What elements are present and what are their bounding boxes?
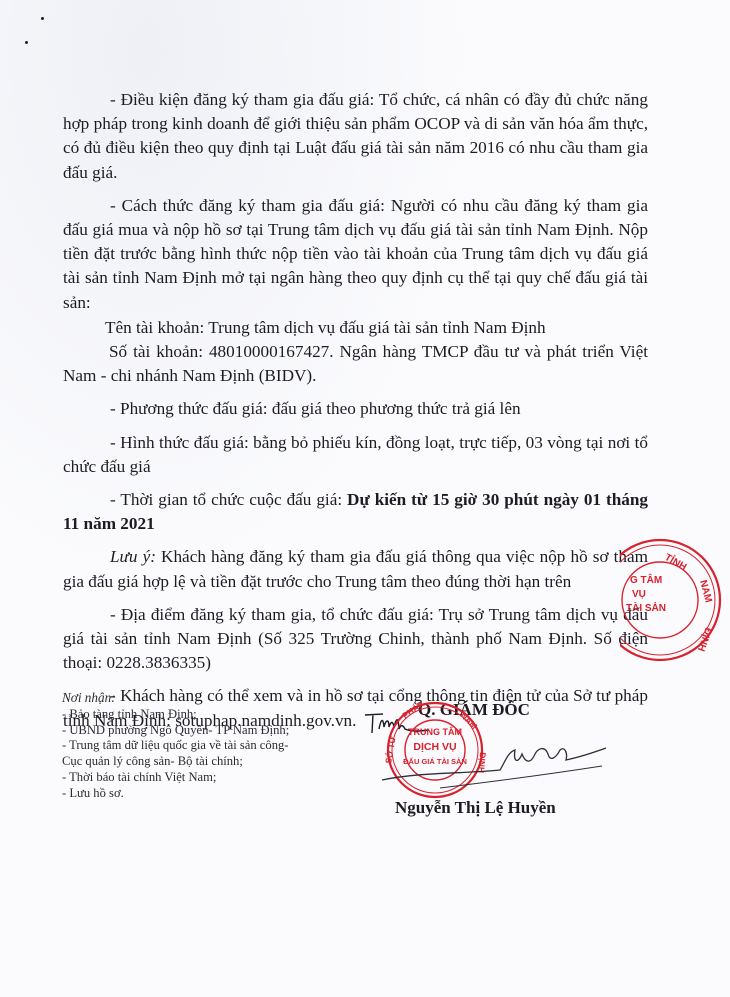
svg-text:PHÁP: PHÁP [400,702,425,721]
paragraph-form: - Hình thức đấu giá: bằng bỏ phiếu kín, … [63,431,648,479]
recipient-item: - Lưu hồ sơ. [62,786,289,802]
signer-name: Nguyễn Thị Lệ Huyền [395,798,556,818]
round-stamp-icon: SỞ TƯ PHÁP NAM ĐỊNH TRUNG TÂM DỊCH VỤ ĐẤ… [380,702,610,802]
paragraph-note: Lưu ý: Khách hàng đăng ký tham gia đấu g… [63,545,648,593]
svg-text:VỤ: VỤ [632,589,646,600]
paragraph-registration: - Cách thức đăng ký tham gia đấu giá: Ng… [63,194,648,315]
svg-text:G TÂM: G TÂM [630,573,662,586]
svg-text:NAM: NAM [697,579,714,604]
svg-text:TÀI SẢN: TÀI SẢN [626,601,666,614]
svg-text:SỞ TƯ: SỞ TƯ [382,734,398,764]
svg-text:DỊCH VỤ: DỊCH VỤ [413,741,456,753]
paragraph-location: - Địa điểm đăng ký tham gia, tổ chức đấu… [63,603,648,676]
paragraph-eligibility: - Điều kiện đăng ký tham gia đấu giá: Tổ… [63,88,648,185]
svg-text:ĐỊNH: ĐỊNH [476,752,488,774]
account-number: Số tài khoản: 48010000167427. Ngân hàng … [63,340,648,388]
svg-text:TỈNH: TỈNH [663,550,690,573]
account-name: Tên tài khoản: Trung tâm dịch vụ đấu giá… [63,316,648,340]
scan-speck [25,41,28,44]
svg-text:TRUNG TÂM: TRUNG TÂM [408,726,462,737]
recipient-item: - UBND phường Ngô Quyền- TP Nam Định; [62,723,289,739]
scan-speck [41,17,44,20]
svg-text:ĐỊNH: ĐỊNH [695,626,714,653]
document-body: - Điều kiện đăng ký tham gia đấu giá: Tổ… [63,88,648,744]
recipient-item: - Thời báo tài chính Việt Nam; [62,770,289,786]
recipient-item: - Bảo tàng tỉnh Nam Định; [62,707,289,723]
recipients-title: Nơi nhận: [62,690,289,706]
recipient-item: Cục quản lý công sản- Bộ tài chính; [62,754,289,770]
paragraph-time: - Thời gian tổ chức cuộc đấu giá: Dự kiế… [63,488,648,536]
document-page: - Điều kiện đăng ký tham gia đấu giá: Tổ… [0,0,730,997]
recipients-block: Nơi nhận: - Bảo tàng tỉnh Nam Định; - UB… [62,690,289,802]
recipient-item: - Trung tâm dữ liệu quốc gia về tài sản … [62,738,289,754]
official-stamp-edge-icon: TỈNH NAM ĐỊNH G TÂM VỤ TÀI SẢN [620,535,730,665]
paragraph-method: - Phương thức đấu giá: đấu giá theo phươ… [63,397,648,421]
svg-text:ĐẤU GIÁ TÀI SẢN: ĐẤU GIÁ TÀI SẢN [403,756,467,766]
